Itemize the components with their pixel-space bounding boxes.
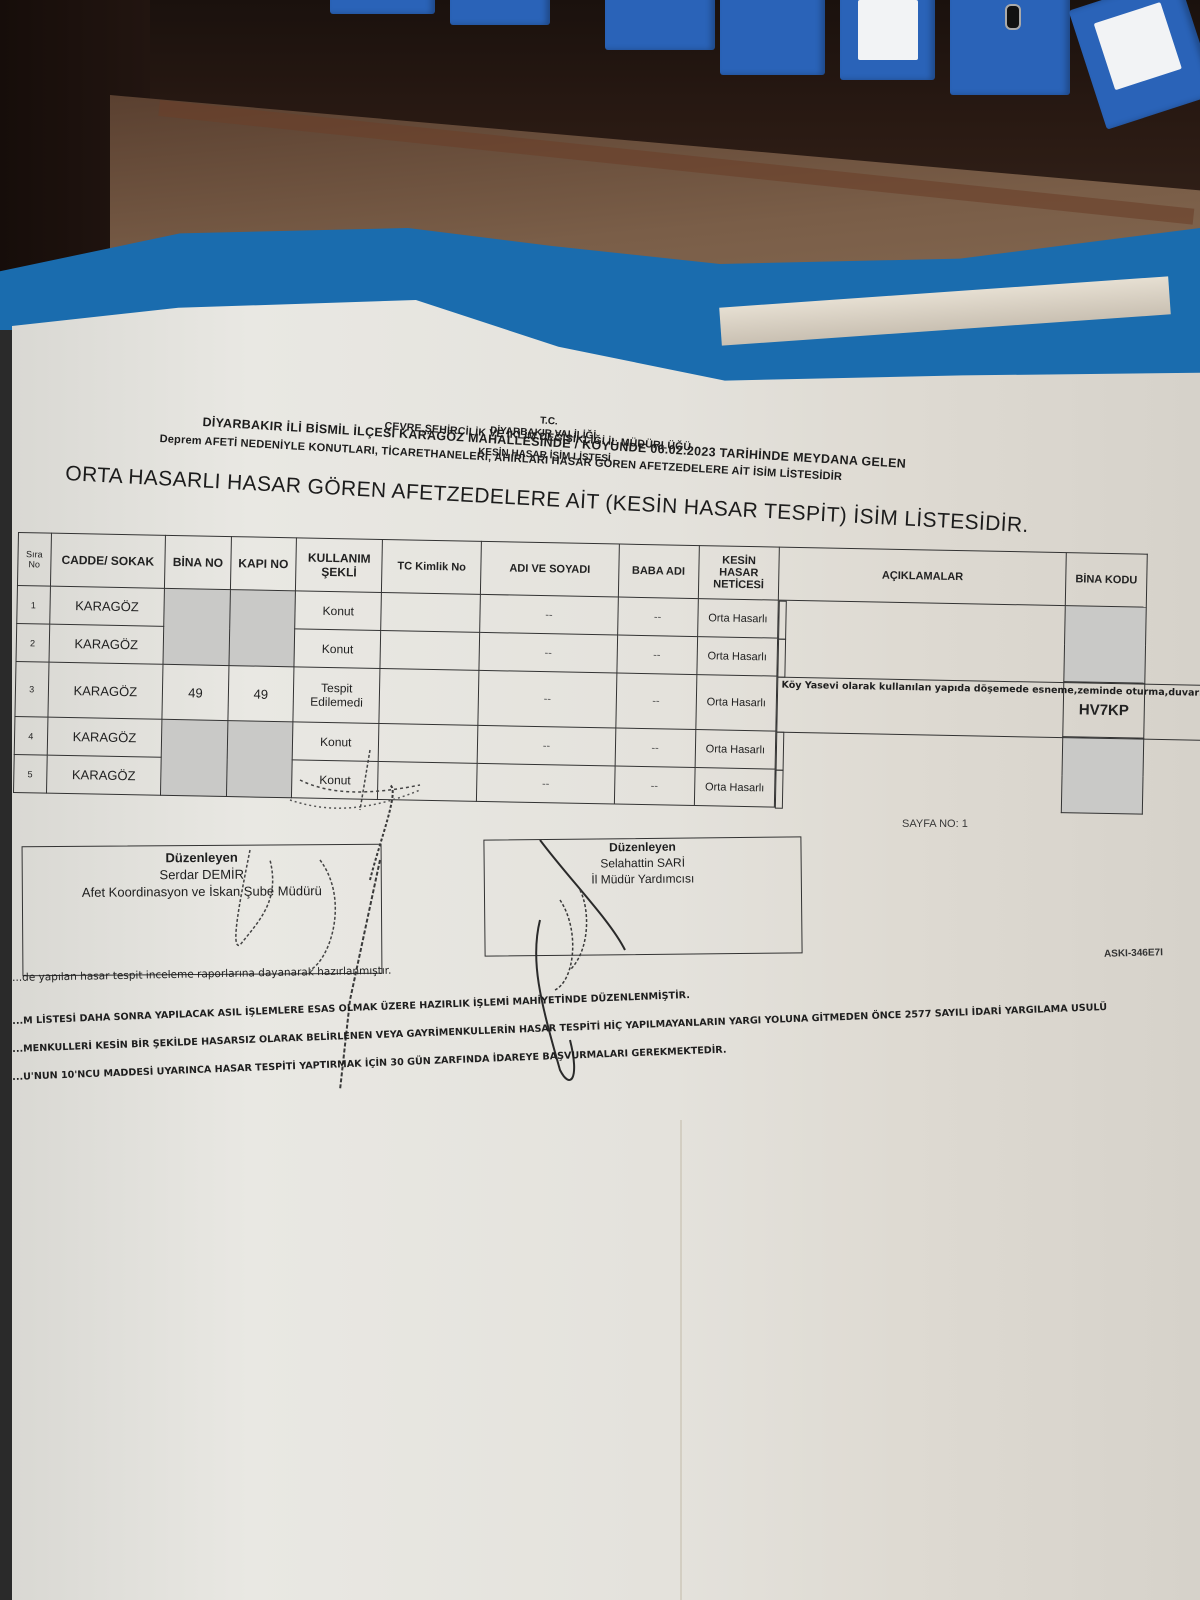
cell-usage: Konut (292, 722, 379, 762)
cell-father-name: -- (614, 766, 695, 806)
cell-damage-result: Orta Hasarlı (695, 675, 777, 732)
cell-usage: Tespit Edilemedi (293, 667, 380, 724)
cell-damage-result: Orta Hasarlı (694, 768, 776, 808)
cell-sira: 5 (13, 754, 46, 793)
col-building-no: BİNA NO (165, 535, 231, 589)
cell-name: -- (477, 725, 615, 766)
shelf-binder (605, 0, 715, 50)
header-country: T.C. (540, 415, 559, 427)
damage-list-table: Sıra No CADDE/ SOKAK BİNA NO KAPI NO KUL… (13, 532, 1158, 814)
signatory-role: Afet Koordinasyon ve İskan Şube Müdürü (23, 882, 381, 901)
cell-sira: 2 (16, 623, 49, 662)
redacted-cell (229, 590, 296, 667)
redacted-cell (226, 721, 293, 798)
col-father-name: BABA ADI (618, 544, 699, 599)
cell-father-name: -- (617, 635, 698, 675)
cell-name: -- (479, 632, 617, 673)
cell-building-no: 49 (162, 664, 229, 720)
cell-notes (775, 769, 784, 808)
binder-spine (0, 330, 12, 1600)
shelf-binders (300, 0, 1200, 130)
col-building-code: BİNA KODU (1065, 553, 1147, 608)
shelf-binder (330, 0, 435, 14)
redacted-cell (1064, 606, 1146, 684)
cell-sira: 4 (14, 716, 47, 755)
signatory-box-2: Düzenleyen Selahattin SARİ İl Müdür Yard… (483, 836, 802, 956)
redacted-cell (163, 588, 230, 665)
redacted-cell (161, 719, 228, 796)
binder-ring-icon (1005, 4, 1021, 30)
cell-tc-id (380, 630, 480, 670)
col-tc-id: TC Kimlik No (382, 540, 482, 595)
shelf-binder (720, 0, 825, 75)
cell-father-name: -- (616, 673, 697, 730)
cell-usage: Konut (292, 760, 379, 800)
signatory-role: İl Müdür Yardımcısı (485, 869, 801, 888)
binder-label (858, 0, 918, 60)
cell-tc-id (381, 592, 481, 632)
signatory-box-1: Düzenleyen Serdar DEMİR Afet Koordinasyo… (22, 844, 383, 977)
cell-damage-result: Orta Hasarlı (696, 637, 778, 677)
cell-tc-id (378, 761, 478, 801)
cell-name: -- (477, 763, 615, 804)
col-usage: KULLANIM ŞEKLİ (296, 538, 383, 593)
cell-street: KARAGÖZ (47, 662, 163, 719)
shelf-binder (840, 0, 935, 80)
col-door-no: KAPI NO (230, 537, 296, 591)
cell-notes (776, 731, 785, 770)
shelf-binder (450, 0, 550, 25)
shelf-binder (1069, 0, 1200, 130)
paper-crease (680, 1120, 682, 1600)
cell-notes (778, 638, 787, 677)
cell-sira: 3 (15, 661, 49, 717)
cell-father-name: -- (615, 728, 696, 768)
cell-street: KARAGÖZ (49, 586, 164, 626)
page-number: SAYFA NO: 1 (902, 818, 968, 830)
cell-street: KARAGÖZ (46, 755, 161, 795)
cell-tc-id (378, 723, 478, 763)
col-notes: AÇIKLAMALAR (779, 547, 1067, 605)
col-damage-result: KESİN HASAR NETİCESİ (698, 546, 780, 601)
cell-name: -- (478, 670, 616, 728)
document-code: ASKI-346E7I (1104, 947, 1163, 960)
shelf-binder (950, 0, 1070, 95)
cell-street: KARAGÖZ (47, 717, 162, 757)
cell-notes (778, 601, 787, 640)
col-name: ADI VE SOYADI (481, 541, 619, 597)
cell-father-name: -- (617, 597, 698, 637)
cell-street: KARAGÖZ (49, 624, 164, 664)
col-sira-no: Sıra No (17, 533, 51, 587)
cell-usage: Konut (294, 629, 381, 669)
cell-damage-result: Orta Hasarlı (695, 730, 777, 770)
cell-usage: Konut (295, 591, 382, 631)
col-street: CADDE/ SOKAK (50, 533, 166, 588)
cell-tc-id (379, 668, 479, 725)
binder-label (1094, 2, 1182, 90)
cell-sira: 1 (17, 585, 50, 624)
cell-name: -- (480, 594, 618, 635)
redacted-cell (1061, 737, 1143, 815)
cell-damage-result: Orta Hasarlı (697, 599, 779, 639)
cell-door-no: 49 (228, 666, 294, 722)
